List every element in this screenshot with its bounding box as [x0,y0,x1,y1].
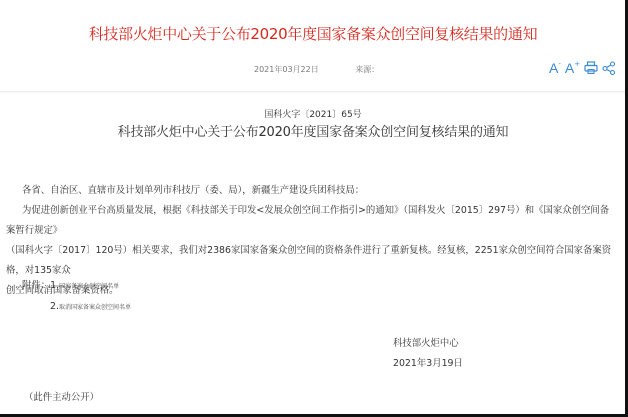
document-title: 科技部火炬中心关于公布2020年度国家备案众创空间复核结果的通知 [0,124,626,142]
share-button[interactable] [602,61,616,75]
source-label: 来源： [355,65,379,74]
attachment-number: 2. [50,297,59,317]
document-number: 国科火字〔2021〕65号 [0,109,626,121]
share-icon [602,61,616,75]
signature-block: 科技部火炬中心 2021年3月19日 [393,334,463,374]
print-button[interactable] [584,61,598,75]
attachment-link[interactable]: 国家备案众创空间名单 [59,277,119,297]
plus-icon: + [574,60,580,68]
minus-icon: - [558,60,561,68]
attachments: 附件： 1. 国家备案众创空间名单 2. 取消国家备案众创空间名单 [22,276,131,318]
font-a-icon: A [549,60,558,76]
attachments-label: 附件： [22,276,50,296]
header-divider [0,91,625,92]
decrease-font-button[interactable]: A - [549,60,561,76]
paragraph-line: 为促进创新创业平台高质量发展，根据《科技部关于印发<发展众创空间工作指引>的通知… [6,201,618,241]
signature-org: 科技部火炬中心 [393,334,463,354]
page-title: 科技部火炬中心关于公布2020年度国家备案众创空间复核结果的通知 [0,24,626,44]
article-meta: 2021年03月22日 来源： [254,64,379,76]
signature-date: 2021年3月19日 [393,354,463,374]
printer-icon [584,61,598,75]
attachment-link[interactable]: 取消国家备案众创空间名单 [59,298,131,318]
increase-font-button[interactable]: A + [565,60,580,76]
article-toolbar: A - A + [549,60,616,76]
attachment-number: 1. [50,276,59,296]
salutation: 各省、自治区、直辖市及计划单列市科技厅（委、局），新疆生产建设兵团科技局： [6,181,618,201]
publish-date: 2021年03月22日 [254,65,319,74]
paragraph-line: （国科火字〔2017〕120号）相关要求，我们对2386家国家备案众创空间的资格… [6,241,618,281]
disclosure-note: （此件主动公开） [24,389,99,403]
font-a-icon: A [565,60,574,76]
